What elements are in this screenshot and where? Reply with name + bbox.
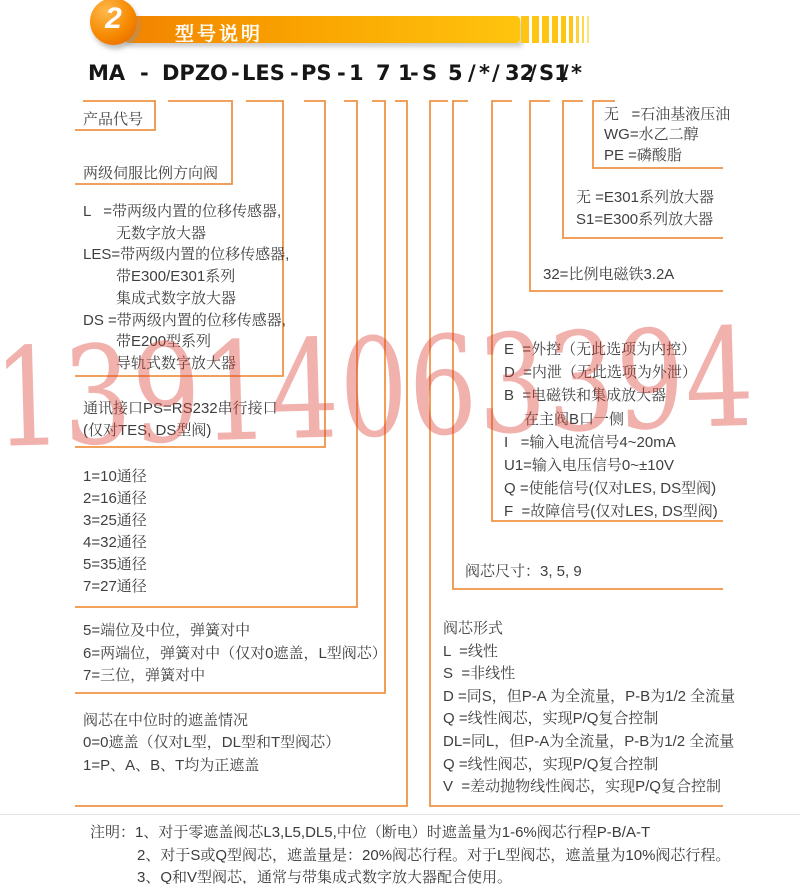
spec-line: 0=0遮盖（仅对L型，DL型和T型阀芯） <box>83 732 340 754</box>
model-segment: 1 <box>349 61 364 85</box>
spec-line: 无 =石油基液压油 <box>604 105 730 125</box>
model-segment: MA <box>88 61 125 85</box>
spec-line: WG=水乙二醇 <box>604 125 730 145</box>
note-text: 1、对于零遮盖阀芯L3,L5,DL5,中位（断电）时遮盖量为1-6%阀芯行程P-… <box>135 824 650 841</box>
product-code-box: 产品代号 <box>83 108 143 129</box>
spec-line: L =带两级内置的位移传感器, <box>83 201 289 223</box>
model-segment: / <box>468 61 476 85</box>
model-segment: / <box>561 61 569 85</box>
model-code-page: 型号说明 2 MA - DPZO - LES - PS - 1 7 1 - S … <box>0 0 800 884</box>
spec-line: 带E300/E301系列 <box>83 266 289 288</box>
stripe <box>587 16 589 43</box>
spec-line: 4=32通径 <box>83 532 147 554</box>
model-segment: LES <box>242 61 285 85</box>
model-segment: * <box>571 61 582 85</box>
spec-line: 1=P、A、B、T均为正遮盖 <box>83 755 340 777</box>
spec-line: 1=10通径 <box>83 466 147 488</box>
spec-line: 阀芯尺寸：3, 5, 9 <box>465 560 582 581</box>
section-number-badge: 2 <box>90 0 137 45</box>
spec-line: PE =磷酸脂 <box>604 146 730 166</box>
connector <box>75 101 385 693</box>
notes-section: 注明：1、对于零遮盖阀芯L3,L5,DL5,中位（断电）时遮盖量为1-6%阀芯行… <box>90 822 730 884</box>
model-segment: - <box>337 61 346 85</box>
spec-line: S1=E300系列放大器 <box>576 209 714 231</box>
spec-line: 6=两端位，弹簧对中（仅对0遮盖，L型阀芯） <box>83 643 387 666</box>
spec-line: 通讯接口PS=RS232串行接口 <box>83 398 278 420</box>
spec-line: 阀芯形式 <box>443 618 735 641</box>
spec-line: LES=带两级内置的位移传感器, <box>83 244 289 266</box>
spec-line: 7=三位，弹簧对中 <box>83 665 387 688</box>
stripe <box>582 16 584 43</box>
valve-size-box: 1=10通径 2=16通径 3=25通径 4=32通径 5=35通径 7=27通… <box>83 466 147 598</box>
stripe <box>569 16 573 43</box>
pilot-sensor-options-box: L =带两级内置的位移传感器, 无数字放大器 LES=带两级内置的位移传感器, … <box>83 201 289 375</box>
stripe <box>532 16 539 43</box>
spec-line: U1=输入电压信号0~±10V <box>504 454 718 477</box>
stripe <box>561 16 566 43</box>
spec-line: 带E200型系列 <box>83 331 289 353</box>
spec-line: DL=同L，但P-A为全流量，P-B为1/2 全流量 <box>443 731 735 754</box>
spec-line: F =故障信号(仅对LES, DS型阀) <box>504 500 718 523</box>
model-segment: * <box>479 61 490 85</box>
spool-overlap-options-box: 阀芯在中位时的遮盖情况 0=0遮盖（仅对L型，DL型和T型阀芯） 1=P、A、B… <box>83 710 340 777</box>
spec-line: I =输入电流信号4~20mA <box>504 431 718 454</box>
spec-line: 5=端位及中位，弹簧对中 <box>83 620 387 643</box>
model-segment: S <box>422 61 437 85</box>
note-line: 3、Q和V型阀芯，通常与带集成式数字放大器配合使用。 <box>90 867 730 884</box>
model-segment: / <box>492 61 500 85</box>
note-line: 2、对于S或Q型阀芯，遮盖量是：20%阀芯行程。对于L型阀芯，遮盖量为10%阀芯… <box>90 845 730 868</box>
banner-stripes <box>521 16 589 43</box>
spec-line: Q =使能信号(仅对LES, DS型阀) <box>504 477 718 500</box>
divider <box>0 814 800 815</box>
comm-interface-box: 通讯接口PS=RS232串行接口 (仅对TES, DS型阀) <box>83 398 278 442</box>
valve-description-box: 两级伺服比例方向阀 <box>83 162 218 183</box>
spool-position-options-box: 5=端位及中位，弹簧对中 6=两端位，弹簧对中（仅对0遮盖，L型阀芯） 7=三位… <box>83 620 387 688</box>
spec-line: L =线性 <box>443 641 735 664</box>
amplifier-series-box: 无 =E301系列放大器 S1=E300系列放大器 <box>576 187 714 231</box>
note-line: 注明：1、对于零遮盖阀芯L3,L5,DL5,中位（断电）时遮盖量为1-6%阀芯行… <box>90 822 730 845</box>
spec-line: 产品代号 <box>83 108 143 129</box>
section-title-banner: 型号说明 <box>118 16 520 43</box>
spec-line: V =差动抛物线性阀芯，实现P/Q复合控制 <box>443 776 735 799</box>
spec-line: 3=25通径 <box>83 510 147 532</box>
spec-line: 两级伺服比例方向阀 <box>83 162 218 183</box>
spec-line: 5=35通径 <box>83 554 147 576</box>
spec-line: D =同S，但P-A 为全流量，P-B为1/2 全流量 <box>443 686 735 709</box>
stripe <box>542 16 549 43</box>
stripe <box>552 16 558 43</box>
solenoid-box: 32=比例电磁铁3.2A <box>543 263 674 284</box>
spec-line: Q =线性阀芯，实现P/Q复合控制 <box>443 708 735 731</box>
spec-line: D =内泄（无此选项为外泄） <box>504 361 718 384</box>
note-prefix: 注明： <box>90 824 135 841</box>
section-number: 2 <box>90 2 137 36</box>
spec-line: 阀芯在中位时的遮盖情况 <box>83 710 340 732</box>
model-segment: - <box>140 61 149 85</box>
model-segment: PS <box>301 61 332 85</box>
spec-line: B =电磁铁和集成放大器 <box>504 384 718 407</box>
spec-line: 无数字放大器 <box>83 223 289 245</box>
spool-size-box: 阀芯尺寸：3, 5, 9 <box>465 560 582 581</box>
signal-options-box: E =外控（无此选项为内控） D =内泄（无此选项为外泄） B =电磁铁和集成放… <box>504 338 718 524</box>
spec-line: 导轨式数字放大器 <box>83 353 289 375</box>
stripe <box>576 16 579 43</box>
fluid-type-box: 无 =石油基液压油 WG=水乙二醇 PE =磷酸脂 <box>604 105 730 166</box>
spec-line: Q =线性阀芯，实现P/Q复合控制 <box>443 754 735 777</box>
spec-line: 集成式数字放大器 <box>83 288 289 310</box>
stripe <box>521 16 529 43</box>
model-segment: DPZO <box>162 61 228 85</box>
spec-line: S =非线性 <box>443 663 735 686</box>
spec-line: 无 =E301系列放大器 <box>576 187 714 209</box>
spec-line: 2=16通径 <box>83 488 147 510</box>
model-segment: - <box>410 61 419 85</box>
spec-line: E =外控（无此选项为内控） <box>504 338 718 361</box>
model-segment: 7 <box>376 61 391 85</box>
spec-line: 32=比例电磁铁3.2A <box>543 263 674 284</box>
spec-line: (仅对TES, DS型阀) <box>83 420 278 442</box>
model-segment: / <box>529 61 537 85</box>
model-segment: - <box>231 61 240 85</box>
spec-line: 7=27通径 <box>83 576 147 598</box>
model-segment: 5 <box>448 61 463 85</box>
model-segment: - <box>290 61 299 85</box>
spool-form-box: 阀芯形式 L =线性 S =非线性 D =同S，但P-A 为全流量，P-B为1/… <box>443 618 735 799</box>
spec-line: DS =带两级内置的位移传感器, <box>83 310 289 332</box>
section-title: 型号说明 <box>175 19 263 46</box>
spec-line: 在主阀B口一侧 <box>504 408 718 431</box>
